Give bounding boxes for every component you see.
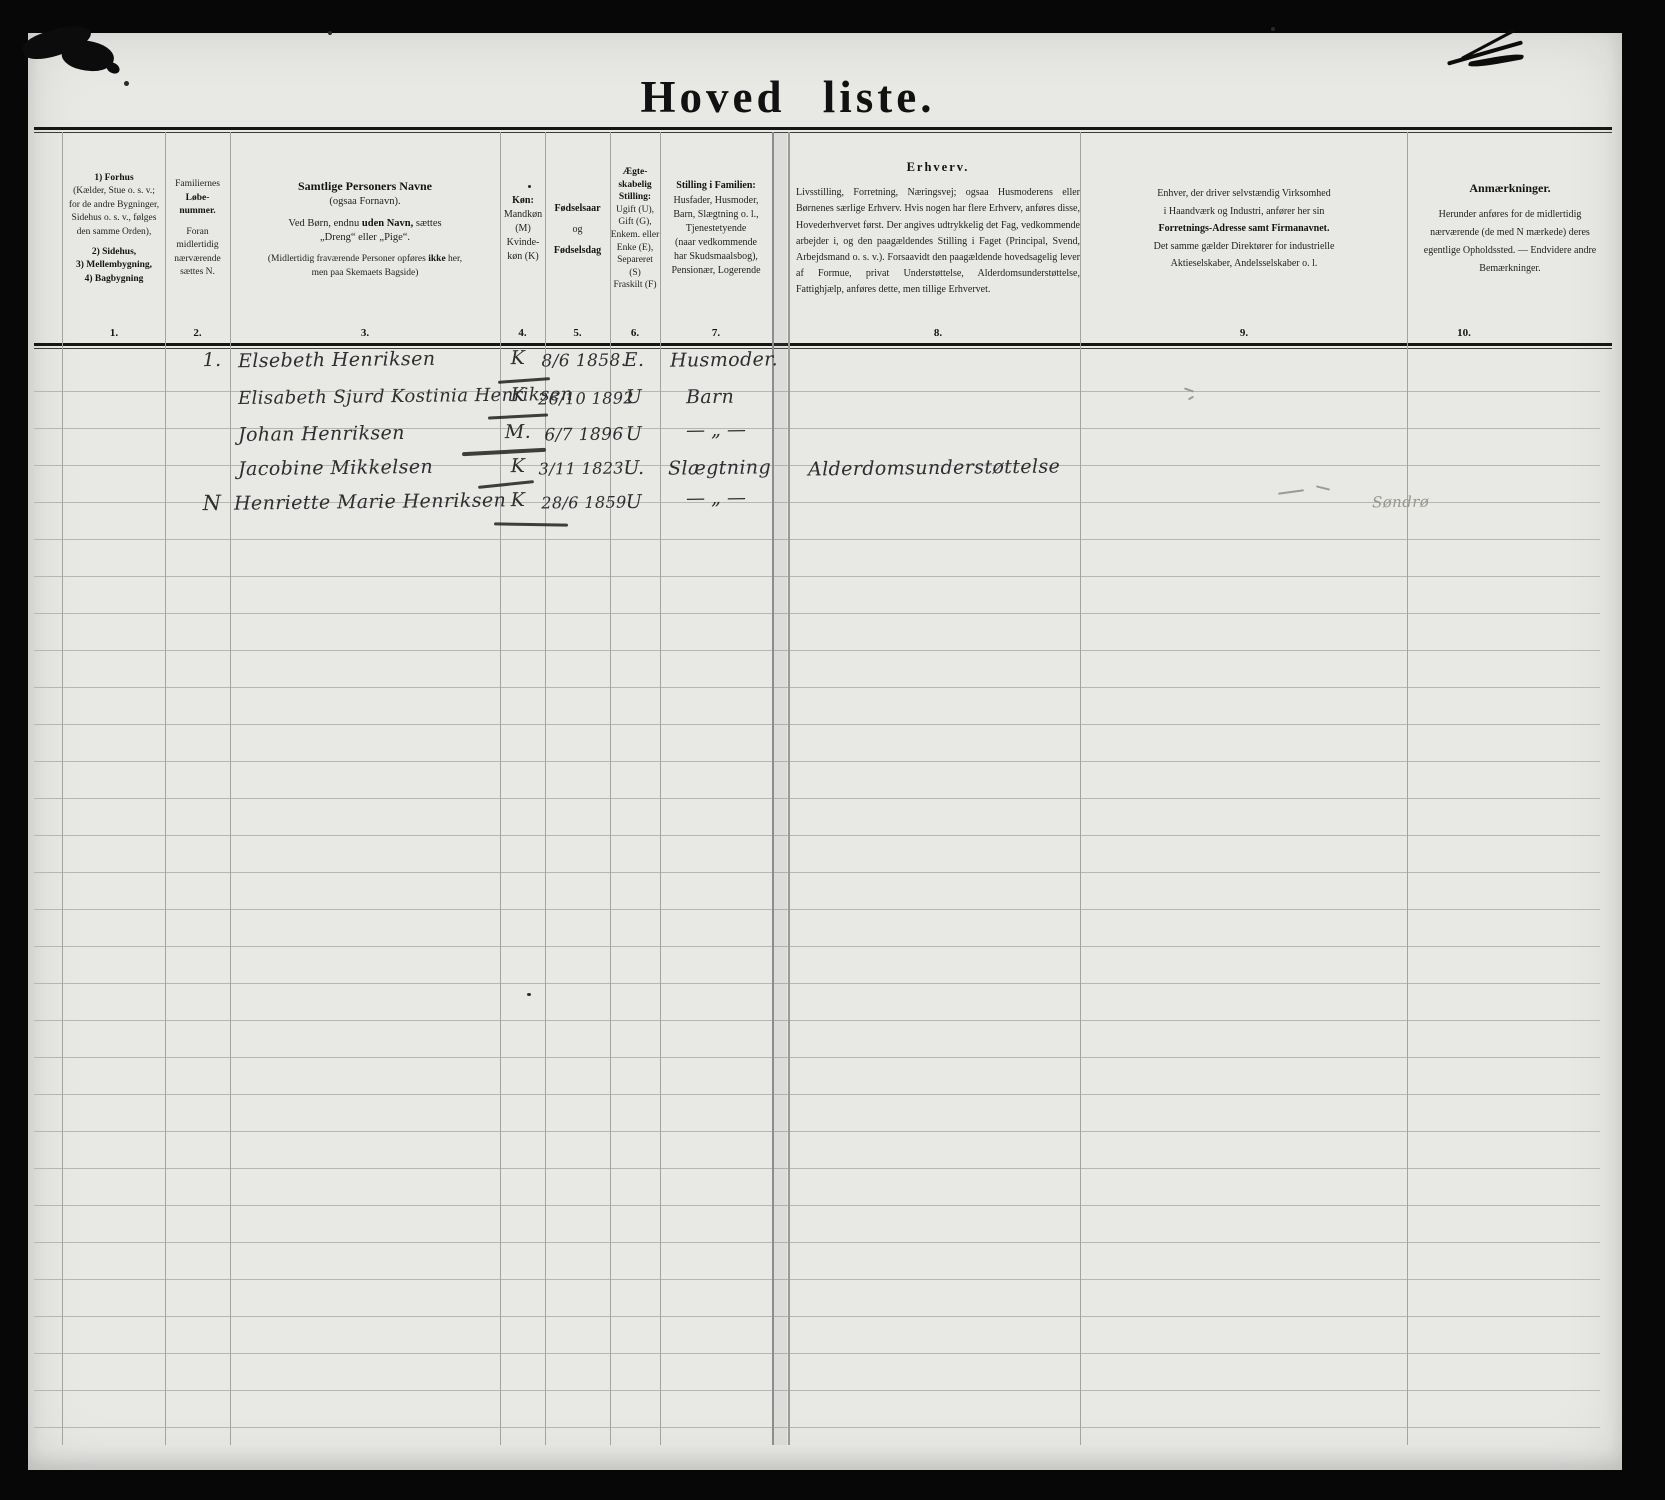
cell-sex: K <box>496 347 540 370</box>
column-number: 2. <box>165 327 230 339</box>
column-number: 1. <box>64 327 164 339</box>
cell-family-number: N <box>196 491 228 515</box>
scanned-census-page: Hoved liste. 1) Forhus (Kælder, Stue o. … <box>28 33 1622 1470</box>
cell-marital-status: U <box>612 386 656 409</box>
grid-vline <box>1407 132 1408 1445</box>
ink-speck <box>328 31 332 35</box>
column-number: 10. <box>1414 327 1514 339</box>
column-number: 5. <box>545 327 610 339</box>
ruled-lines <box>34 355 1600 1447</box>
divider-rule <box>34 127 1612 130</box>
cell-name: Jacobine Mikkelsen <box>238 456 433 480</box>
column-number: 7. <box>660 327 772 339</box>
grid-vline <box>545 132 546 1445</box>
column-number: 3. <box>230 327 500 339</box>
cell-family-position: Slægtning <box>668 456 771 479</box>
cell-sex: M. <box>496 421 540 444</box>
cell-sex: K <box>496 384 540 407</box>
cell-marital-status: U <box>612 491 656 514</box>
grid-vline <box>165 132 166 1445</box>
cell-family-position: —„— <box>664 418 774 441</box>
column-number: 8. <box>796 327 1080 339</box>
grid-vline <box>62 132 63 1445</box>
column-header-sex: Køn: Mandkøn (M) Kvinde- køn (K) <box>494 133 552 325</box>
cell-sex: K <box>496 455 540 478</box>
page-title: Hoved liste. <box>458 71 1118 123</box>
cell-remarks: Søndrø <box>1372 493 1429 512</box>
cell-family-position: Barn <box>686 386 734 409</box>
ink-speck <box>124 81 129 86</box>
fold-shading <box>774 132 787 1445</box>
column-header-family-position: Stilling i Familien: Husfader, Husmoder,… <box>660 133 772 325</box>
cell-name: Johan Henriksen <box>238 422 405 446</box>
column-number: 9. <box>1086 327 1402 339</box>
column-number: 6. <box>610 327 660 339</box>
cell-marital-status: U. <box>612 457 656 480</box>
cell-occupation: Alderdomsunderstøttelse <box>808 455 1060 480</box>
ink-speck <box>1271 27 1275 31</box>
column-header-remarks: Anmærkninger. Herunder anføres for de mi… <box>1414 133 1606 325</box>
column-header-birth: Fødselsaar og Fødselsdag <box>545 133 610 325</box>
cell-marital-status: U <box>612 423 656 446</box>
column-number: 4. <box>500 327 545 339</box>
cell-family-number: 1. <box>196 349 228 371</box>
divider-rule <box>34 343 1612 346</box>
column-header-marital-status: Ægte- skabelig Stilling: Ugift (U), Gift… <box>610 133 660 325</box>
column-header-occupation: Erhverv. Livsstilling, Forretning, Nærin… <box>796 133 1080 325</box>
cell-family-position: Husmoder. <box>670 348 778 371</box>
grid-vline <box>610 132 611 1445</box>
column-header-building: 1) Forhus (Kælder, Stue o. s. v.; for de… <box>64 133 164 325</box>
cell-name: Henriette Marie Henriksen <box>234 489 506 514</box>
grid-vline <box>230 132 231 1445</box>
fold-vline <box>788 132 790 1445</box>
column-header-names: Samtlige Personers Navne (ogsaa Fornavn)… <box>230 133 500 325</box>
ink-blot-artifact <box>104 60 121 76</box>
grid-vline <box>500 132 501 1445</box>
cell-name: Elsebeth Henriksen <box>238 348 436 372</box>
cell-marital-status: E. <box>612 349 656 372</box>
column-header-business-address: Enhver, der driver selvstændig Virksomhe… <box>1086 133 1402 325</box>
cell-family-position: —„— <box>664 486 774 509</box>
cell-sex: K <box>496 489 540 512</box>
column-header-family-number: Familiernes Løbe- nummer. Foran midlerti… <box>165 133 230 325</box>
grid-vline <box>1080 132 1081 1445</box>
grid-vline <box>660 132 661 1445</box>
